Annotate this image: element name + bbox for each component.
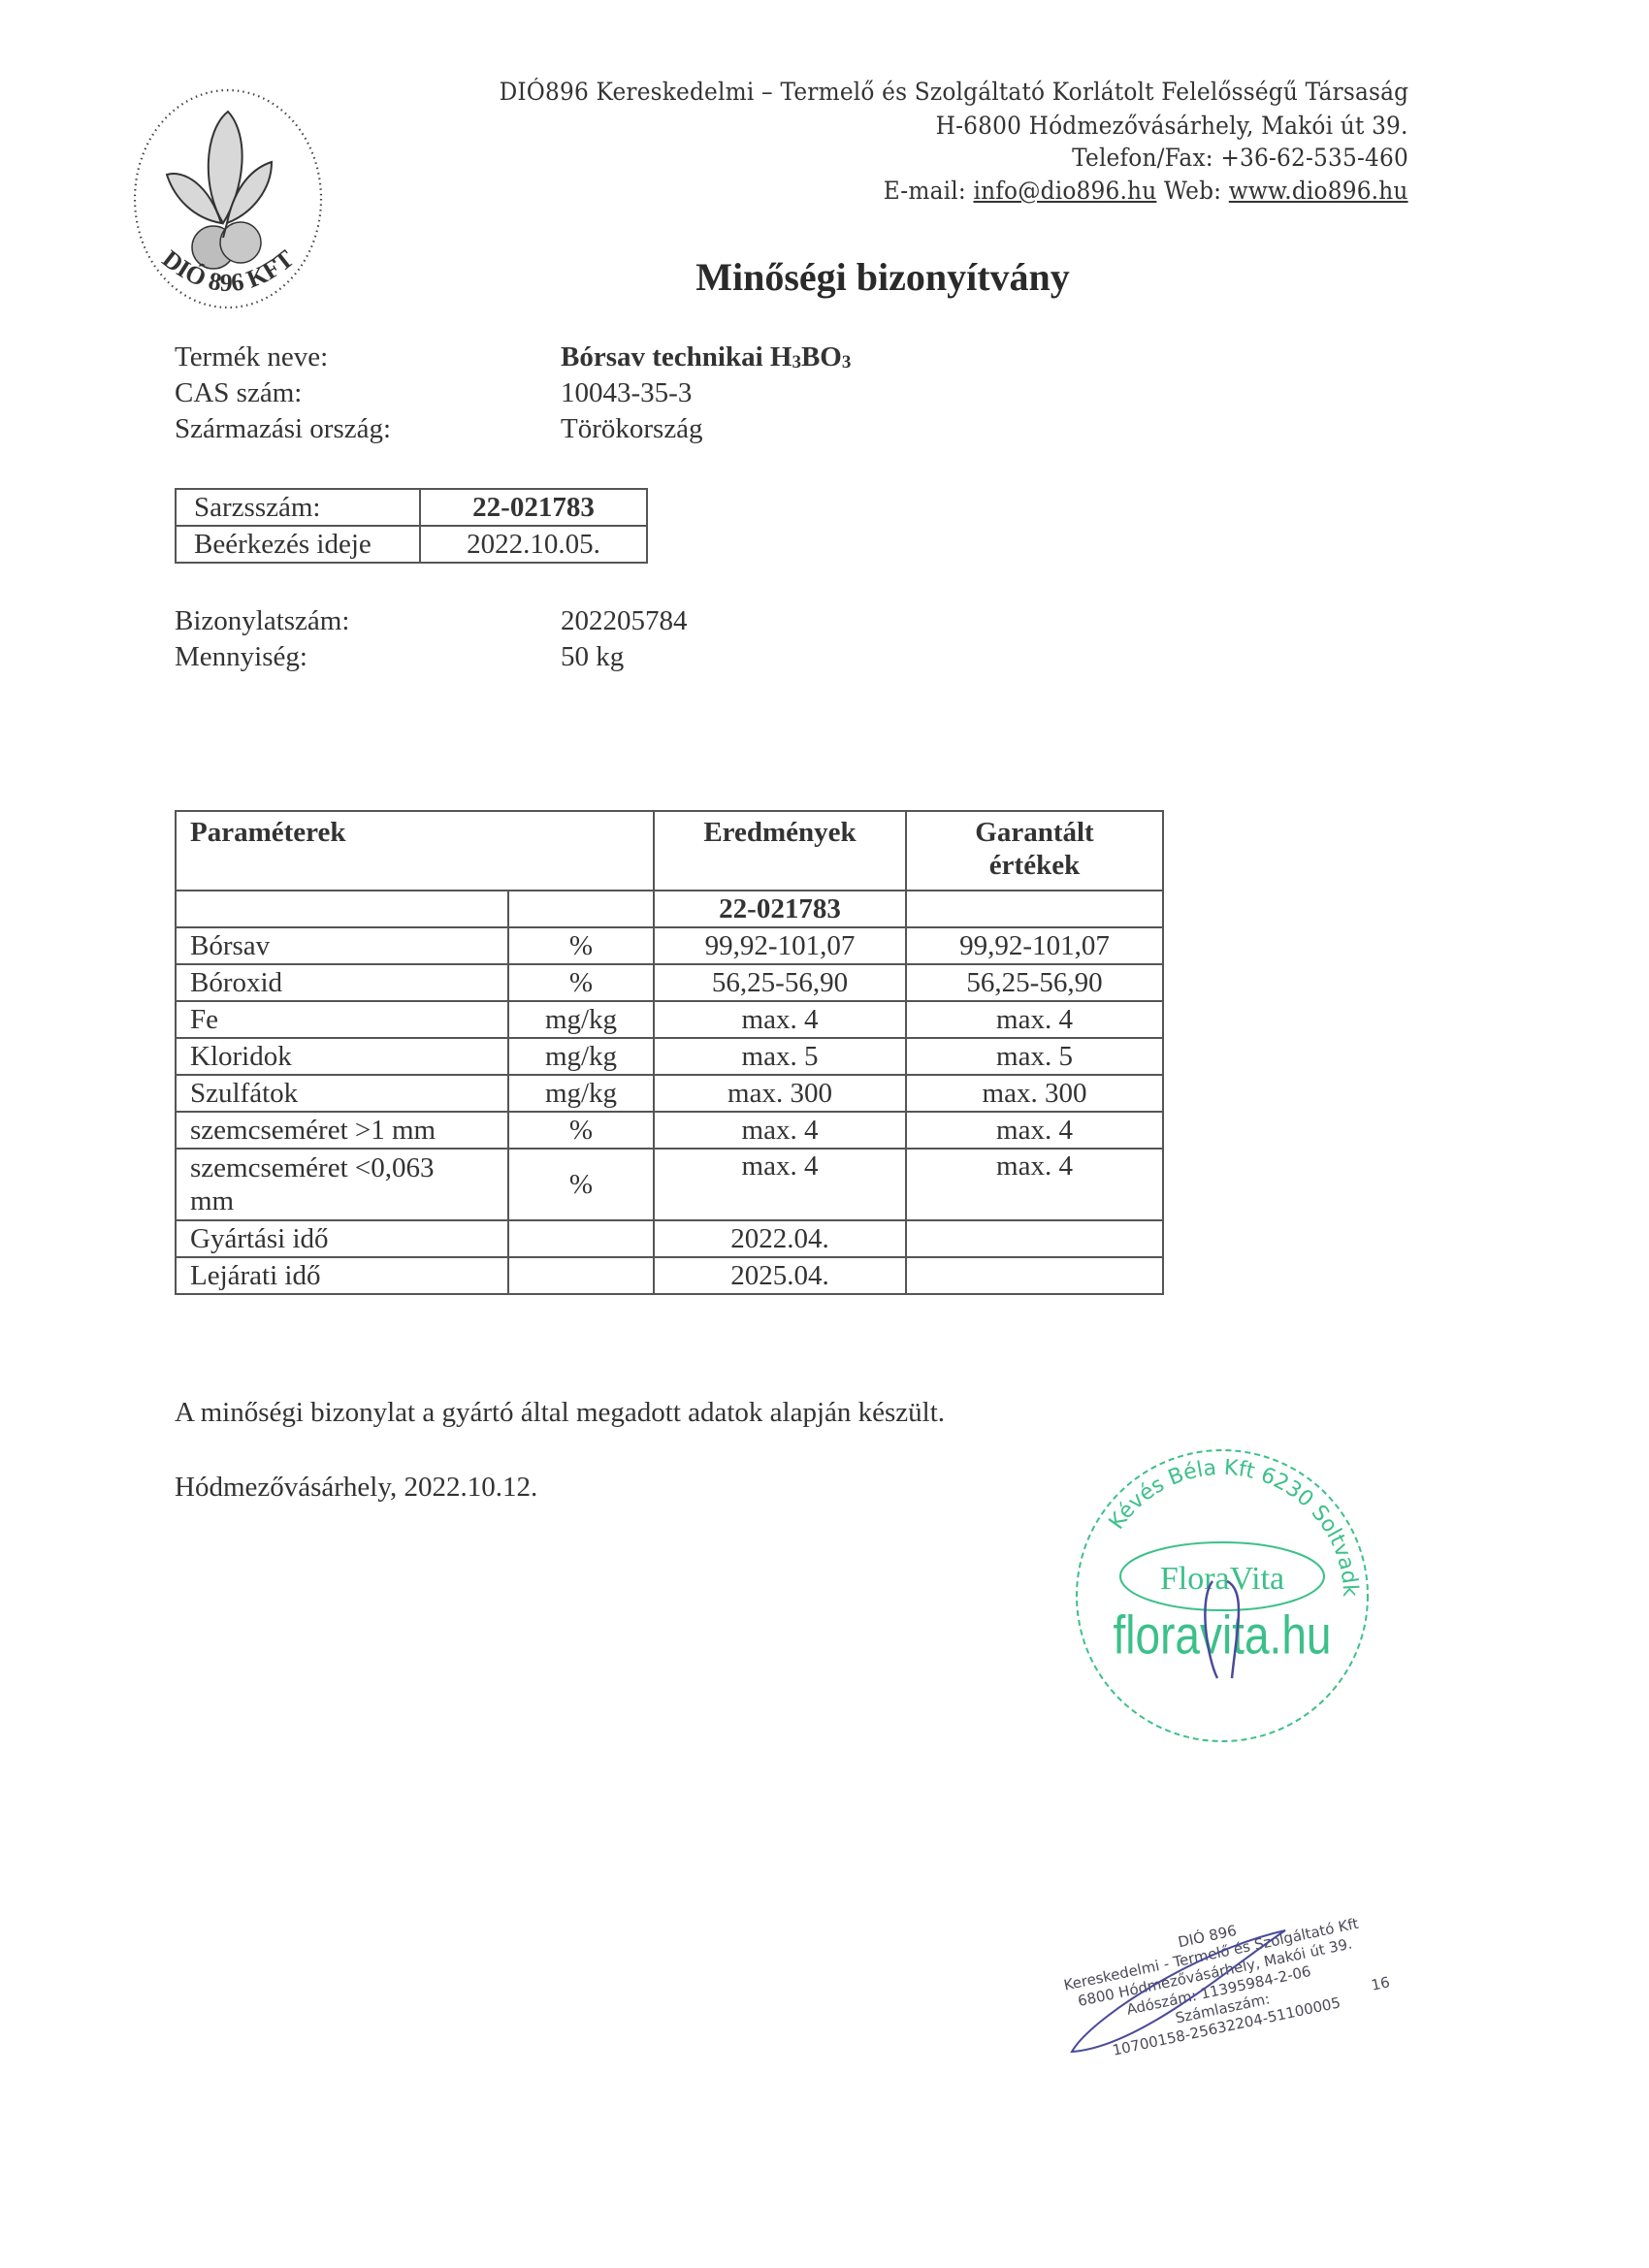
param-result: 56,25-56,90 bbox=[654, 964, 906, 1001]
table-row: Lejárati idő2025.04. bbox=[176, 1257, 1163, 1294]
company-address: H-6800 Hódmezővásárhely, Makói út 39. bbox=[936, 112, 1408, 140]
batch-number-value: 22-021783 bbox=[420, 489, 647, 526]
param-unit bbox=[508, 1257, 654, 1294]
param-unit: % bbox=[508, 927, 654, 964]
param-guaranteed: max. 5 bbox=[906, 1038, 1163, 1075]
param-guaranteed: 56,25-56,90 bbox=[906, 964, 1163, 1001]
param-result: max. 4 bbox=[654, 1001, 906, 1038]
place-date: Hódmezővásárhely, 2022.10.12. bbox=[175, 1472, 537, 1504]
email-label: E-mail: bbox=[884, 177, 966, 205]
table-row: Bórsav%99,92-101,0799,92-101,07 bbox=[176, 927, 1163, 964]
quantity-label: Mennyiség: bbox=[175, 641, 307, 673]
parameter-rows: Bórsav%99,92-101,0799,92-101,07Bóroxid%5… bbox=[176, 927, 1163, 1294]
arrival-label: Beérkezés ideje bbox=[176, 526, 420, 563]
web-link[interactable]: www.dio896.hu bbox=[1229, 177, 1408, 205]
param-unit: mg/kg bbox=[508, 1075, 654, 1112]
batch-row: Sarzsszám: 22-021783 bbox=[176, 489, 647, 526]
origin-label: Származási ország: bbox=[175, 413, 391, 445]
param-name: Bóroxid bbox=[176, 964, 508, 1001]
batch-table: Sarzsszám: 22-021783 Beérkezés ideje 202… bbox=[175, 488, 648, 564]
param-guaranteed: 99,92-101,07 bbox=[906, 927, 1163, 964]
doc-number-label: Bizonylatszám: bbox=[175, 605, 349, 637]
param-unit bbox=[508, 1220, 654, 1257]
table-row: Femg/kgmax. 4max. 4 bbox=[176, 1001, 1163, 1038]
param-result: max. 300 bbox=[654, 1075, 906, 1112]
rectangular-stamp-icon: DIÓ 896Kereskedelmi - Termelő és Szolgál… bbox=[1033, 1901, 1402, 2066]
table-row: szemcseméret >1 mm%max. 4max. 4 bbox=[176, 1112, 1163, 1149]
param-unit: % bbox=[508, 1149, 654, 1220]
table-row: Szulfátokmg/kgmax. 300max. 300 bbox=[176, 1075, 1163, 1112]
param-guaranteed: max. 4 bbox=[906, 1149, 1163, 1220]
param-unit: % bbox=[508, 1112, 654, 1149]
param-result: 99,92-101,07 bbox=[654, 927, 906, 964]
param-guaranteed: max. 300 bbox=[906, 1075, 1163, 1112]
floravita-stamp: Kévés Béla Kft 6230 Soltvadkert, Arany F… bbox=[1062, 1436, 1382, 1756]
company-name: DIÓ896 Kereskedelmi – Termelő és Szolgál… bbox=[499, 78, 1408, 106]
param-result: max. 5 bbox=[654, 1038, 906, 1075]
table-header-row: Paraméterek Eredmények Garantáltértékek bbox=[176, 811, 1163, 891]
param-name: szemcseméret >1 mm bbox=[176, 1112, 508, 1149]
header-results: Eredmények bbox=[654, 811, 906, 891]
header-guaranteed: Garantáltértékek bbox=[906, 811, 1163, 891]
param-guaranteed bbox=[906, 1220, 1163, 1257]
svg-text:FloraVita: FloraVita bbox=[1160, 1561, 1284, 1597]
arrival-row: Beérkezés ideje 2022.10.05. bbox=[176, 526, 647, 563]
chemical-formula: H3BO3 bbox=[770, 341, 851, 373]
table-row: szemcseméret <0,063mm%max. 4max. 4 bbox=[176, 1149, 1163, 1220]
company-stamp: DIÓ 896Kereskedelmi - Termelő és Szolgál… bbox=[1033, 1901, 1402, 2066]
document-title: Minőségi bizonyítvány bbox=[0, 254, 1649, 300]
product-name-value: Bórsav technikai H3BO3 bbox=[561, 341, 851, 373]
param-name: szemcseméret <0,063mm bbox=[176, 1149, 508, 1220]
param-unit: mg/kg bbox=[508, 1038, 654, 1075]
param-name: Szulfátok bbox=[176, 1075, 508, 1112]
batch-number-label: Sarzsszám: bbox=[176, 489, 420, 526]
table-row: Kloridokmg/kgmax. 5max. 5 bbox=[176, 1038, 1163, 1075]
cas-label: CAS szám: bbox=[175, 377, 302, 409]
table-row: Gyártási idő2022.04. bbox=[176, 1220, 1163, 1257]
param-name: Gyártási idő bbox=[176, 1220, 508, 1257]
product-name-label: Termék neve: bbox=[175, 341, 328, 373]
svg-text:floravita.hu: floravita.hu bbox=[1114, 1604, 1332, 1665]
param-name: Kloridok bbox=[176, 1038, 508, 1075]
doc-number-value: 202205784 bbox=[561, 605, 688, 637]
footer-note: A minőségi bizonylat a gyártó által mega… bbox=[175, 1397, 945, 1429]
company-phone: Telefon/Fax: +36-62-535-460 bbox=[1072, 144, 1408, 172]
parameters-table: Paraméterek Eredmények Garantáltértékek … bbox=[175, 810, 1164, 1295]
round-stamp-icon: Kévés Béla Kft 6230 Soltvadkert, Arany F… bbox=[1062, 1436, 1382, 1756]
phone-label: Telefon/Fax: bbox=[1072, 144, 1213, 172]
svg-text:16: 16 bbox=[1370, 1973, 1391, 1994]
param-unit: % bbox=[508, 964, 654, 1001]
param-guaranteed bbox=[906, 1257, 1163, 1294]
param-unit: mg/kg bbox=[508, 1001, 654, 1038]
phone-value: +36-62-535-460 bbox=[1220, 144, 1408, 172]
param-result: 2025.04. bbox=[654, 1257, 906, 1294]
batch-ref: 22-021783 bbox=[654, 891, 906, 927]
param-result: max. 4 bbox=[654, 1149, 906, 1220]
param-result: 2022.04. bbox=[654, 1220, 906, 1257]
param-result: max. 4 bbox=[654, 1112, 906, 1149]
web-label: Web: bbox=[1164, 177, 1221, 205]
param-guaranteed: max. 4 bbox=[906, 1112, 1163, 1149]
cas-value: 10043-35-3 bbox=[561, 377, 692, 409]
origin-value: Törökország bbox=[561, 413, 703, 445]
param-guaranteed: max. 4 bbox=[906, 1001, 1163, 1038]
table-row: Bóroxid%56,25-56,9056,25-56,90 bbox=[176, 964, 1163, 1001]
company-contact: E-mail: info@dio896.hu Web: www.dio896.h… bbox=[884, 177, 1408, 205]
arrival-value: 2022.10.05. bbox=[420, 526, 647, 563]
param-name: Bórsav bbox=[176, 927, 508, 964]
param-name: Lejárati idő bbox=[176, 1257, 508, 1294]
param-name: Fe bbox=[176, 1001, 508, 1038]
quantity-value: 50 kg bbox=[561, 641, 624, 673]
batch-ref-row: 22-021783 bbox=[176, 891, 1163, 927]
email-link[interactable]: info@dio896.hu bbox=[974, 177, 1157, 205]
header-parameters: Paraméterek bbox=[176, 811, 654, 891]
